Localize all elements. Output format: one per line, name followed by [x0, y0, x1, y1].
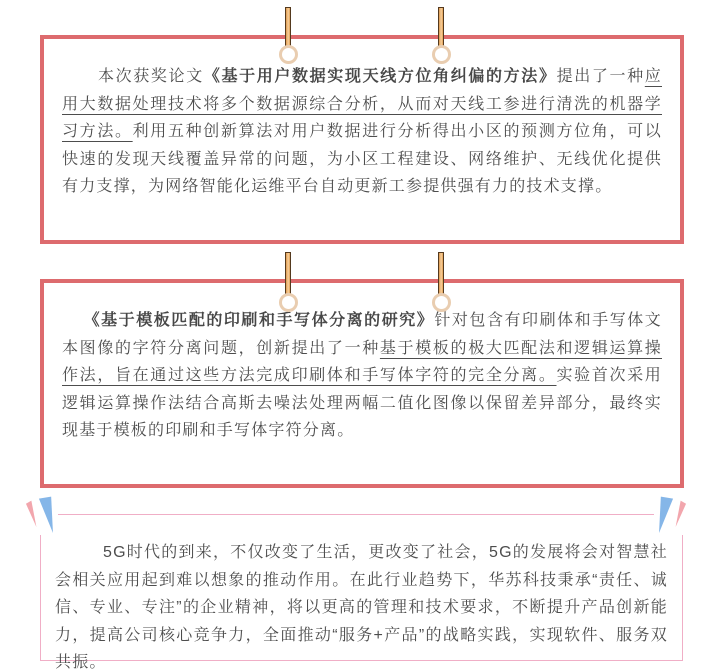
text-segment: 5G时代的到来，不仅改变了生活，更改变了社会，5G的发展将会对智慧社会相关应用起… — [55, 544, 668, 671]
push-pin-icon — [278, 7, 298, 71]
pin-ring — [432, 45, 451, 64]
pin-ring — [432, 293, 451, 312]
quote-slash-decoration-left — [22, 495, 58, 535]
award-summary-box-2: 《基于模板匹配的印刷和手写体分离的研究》针对包含有印刷体和手写体文本图像的字符分… — [40, 279, 684, 488]
pin-ring — [279, 293, 298, 312]
push-pin-icon — [278, 252, 298, 316]
text-segment: 本次获奖论文 — [98, 68, 204, 85]
box1-paragraph: 本次获奖论文《基于用户数据实现天线方位角纠偏的方法》提出了一种应用大数据处理技术… — [44, 39, 680, 201]
bottom-paragraph: 5G时代的到来，不仅改变了生活，更改变了社会，5G的发展将会对智慧社会相关应用起… — [41, 515, 682, 672]
paper-title-bold: 《基于模板匹配的印刷和手写体分离的研究》 — [84, 312, 435, 329]
push-pin-icon — [431, 7, 451, 71]
pin-stick — [285, 7, 291, 50]
pin-ring — [279, 45, 298, 64]
slash-blue-icon — [654, 495, 690, 535]
pin-stick — [285, 252, 291, 296]
pin-stick — [438, 7, 444, 50]
company-outlook-box: 5G时代的到来，不仅改变了生活，更改变了社会，5G的发展将会对智慧社会相关应用起… — [40, 514, 683, 661]
award-summary-box-1: 本次获奖论文《基于用户数据实现天线方位角纠偏的方法》提出了一种应用大数据处理技术… — [40, 35, 684, 244]
push-pin-icon — [431, 252, 451, 316]
slash-blue-icon — [22, 495, 58, 535]
text-segment: 利用五种创新算法对用户数据进行分析得出小区的预测方位角，可以快速的发现天线覆盖异… — [62, 123, 662, 195]
paper-title-bold: 《基于用户数据实现天线方位角纠偏的方法》 — [204, 68, 557, 85]
pin-stick — [438, 252, 444, 296]
quote-slash-decoration-right — [654, 495, 690, 535]
box2-paragraph: 《基于模板匹配的印刷和手写体分离的研究》针对包含有印刷体和手写体文本图像的字符分… — [44, 283, 680, 445]
text-segment: 提出了一种 — [557, 68, 645, 85]
